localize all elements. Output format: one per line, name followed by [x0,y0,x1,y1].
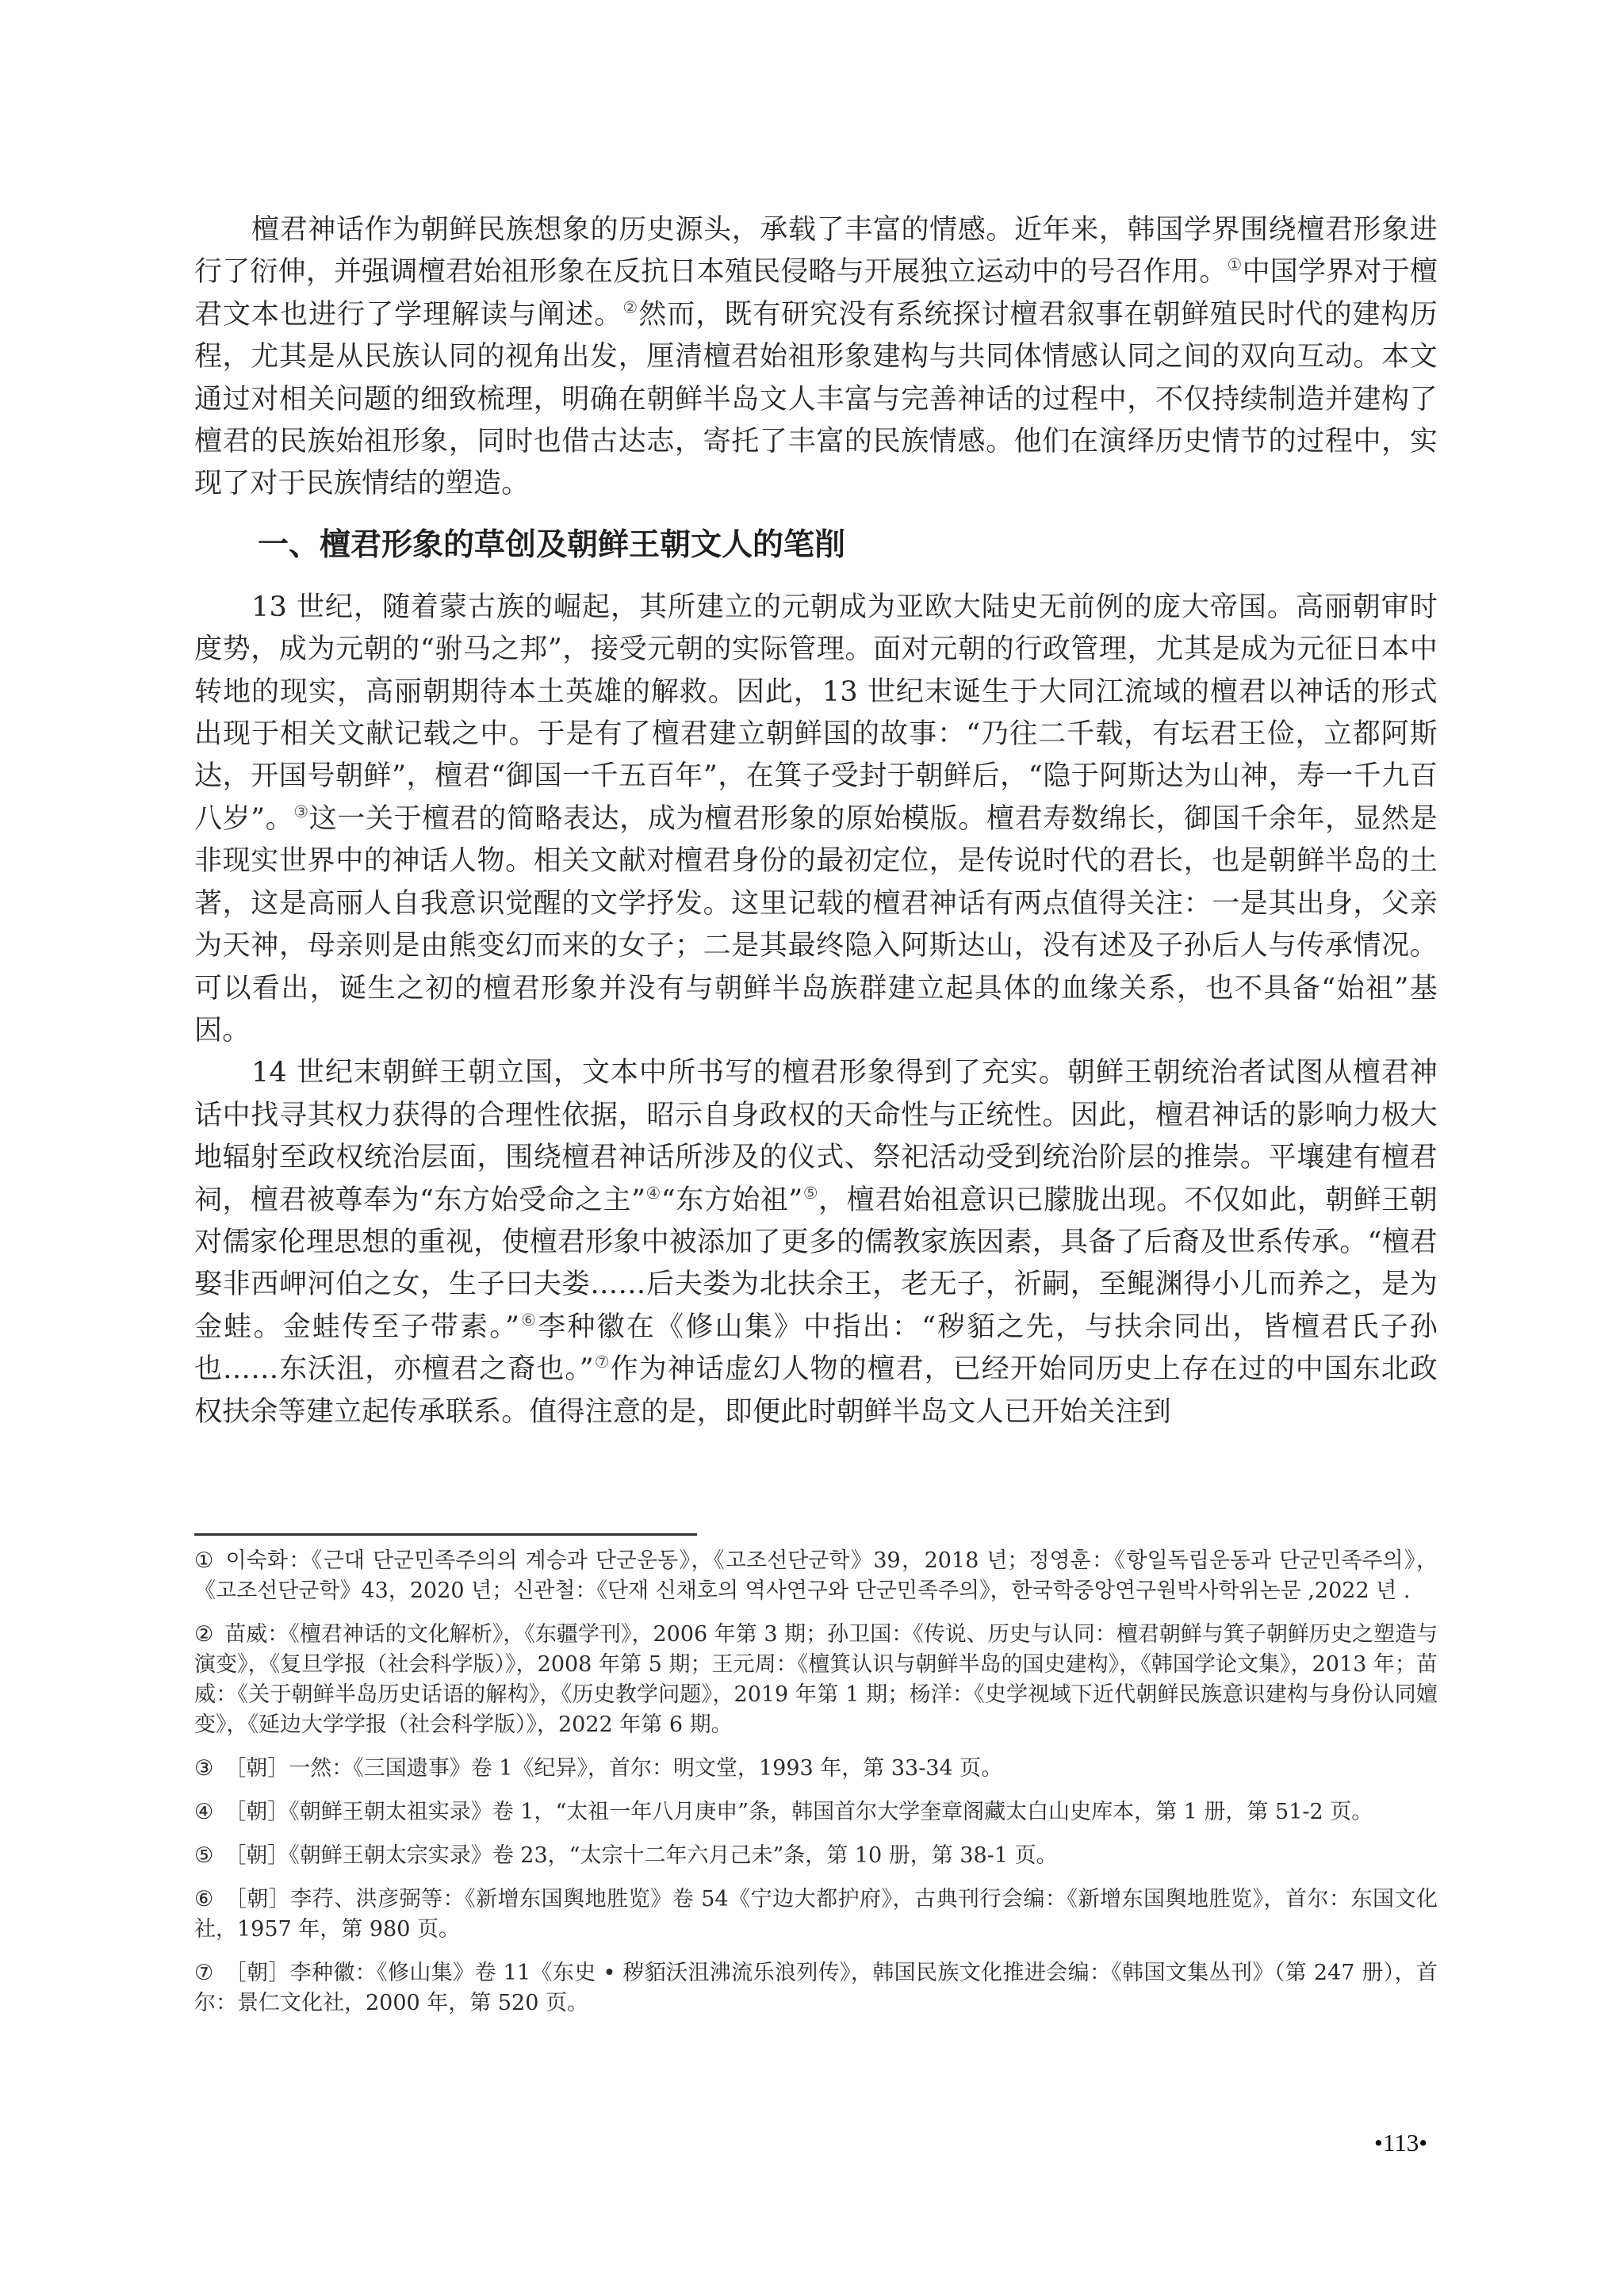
footnote-reference[interactable]: ② [622,298,638,317]
footnote-mark: ④ [194,1800,213,1824]
footnote-text: 苗威：《檀君神话的文化解析》，《东疆学刊》，2006 年第 3 期；孙卫国：《传… [194,1622,1438,1737]
footnote-text: 이숙화：《근대 단군민족주의의 계승과 단군운동》，《고조선단군학》39，201… [194,1548,1438,1603]
footnote-text: ［朝］李荇、洪彦弼等：《新增东国舆地胜览》卷 54《宁边大都护府》，古典刊行会编… [194,1887,1438,1942]
footnote-reference[interactable]: ⑦ [594,1353,611,1372]
footnote-text: ［朝］一然：《三国遗事》卷 1《纪异》，首尔：明文堂，1993 年，第 33-3… [224,1756,1002,1781]
footnote-text: ［朝］李种徽：《修山集》卷 11《东史 • 秽貊沃沮沸流乐浪列传》，韩国民族文化… [194,1961,1438,2015]
footnote-mark: ① [194,1548,215,1573]
section-1-body: 13 世纪，随着蒙古族的崛起，其所建立的元朝成为亚欧大陆史无前例的庞大帝国。高丽… [194,587,1438,1433]
body-paragraph: 14 世纪末朝鲜王朝立国，文本中所书写的檀君形象得到了充实。朝鲜王朝统治者试图从… [194,1052,1438,1433]
page-number: •113• [1374,2129,1427,2157]
footnote-text: ［朝］《朝鲜王朝太祖实录》卷 1，“太祖一年八月庚申”条，韩国首尔大学奎章阁藏太… [224,1800,1373,1824]
footnotes: ①이숙화：《근대 단군민족주의의 계승과 단군운동》，《고조선단군학》39，20… [194,1546,1438,2032]
footnote-mark: ② [194,1622,213,1647]
footnote-text: ［朝］《朝鲜王朝太宗实录》卷 23，“太宗十二年六月己未”条，第 10 册，第 … [224,1843,1057,1868]
footnote-mark: ⑤ [194,1843,213,1868]
body-paragraph: 13 世纪，随着蒙古族的崛起，其所建立的元朝成为亚欧大陆史无前例的庞大帝国。高丽… [194,587,1438,1052]
footnote-reference[interactable]: ⑤ [802,1184,818,1203]
footnote-item: ④［朝］《朝鲜王朝太祖实录》卷 1，“太祖一年八月庚申”条，韩国首尔大学奎章阁藏… [194,1797,1438,1827]
paragraph-text: “东方始祖” [661,1184,803,1216]
footnote-item: ⑥［朝］李荇、洪彦弼等：《新增东国舆地胜览》卷 54《宁边大都护府》，古典刊行会… [194,1885,1438,1945]
footnote-reference[interactable]: ③ [293,802,308,821]
body-paragraph: 檀君神话作为朝鲜民族想象的历史源头，承载了丰富的情感。近年来，韩国学界围绕檀君形… [194,209,1438,506]
footnote-reference[interactable]: ④ [645,1184,661,1203]
footnote-item: ①이숙화：《근대 단군민족주의의 계승과 단군운동》，《고조선단군학》39，20… [194,1546,1438,1606]
footnote-item: ⑦［朝］李种徽：《修山集》卷 11《东史 • 秽貊沃沮沸流乐浪列传》，韩国民族文… [194,1958,1438,2019]
section-heading: 一、檀君形象的草创及朝鲜王朝文人的笔削 [258,523,1438,568]
paragraph-text: 这一关于檀君的简略表达，成为檀君形象的原始模版。檀君寿数绵长，御国千余年，显然是… [194,803,1438,1047]
footnote-item: ③［朝］一然：《三国遗事》卷 1《纪异》，首尔：明文堂，1993 年，第 33-… [194,1754,1438,1784]
footnote-reference[interactable]: ① [1228,255,1243,274]
footnote-mark: ⑦ [194,1961,214,1985]
footnote-item: ⑤［朝］《朝鲜王朝太宗实录》卷 23，“太宗十二年六月己未”条，第 10 册，第… [194,1841,1438,1871]
footnote-mark: ③ [194,1756,213,1781]
footnote-reference[interactable]: ⑥ [519,1311,538,1330]
intro-section: 檀君神话作为朝鲜民族想象的历史源头，承载了丰富的情感。近年来，韩国学界围绕檀君形… [194,209,1438,506]
article-body: 檀君神话作为朝鲜民族想象的历史源头，承载了丰富的情感。近年来，韩国学界围绕檀君形… [194,209,1438,1433]
footnote-separator [194,1533,697,1536]
footnote-item: ②苗威：《檀君神话的文化解析》，《东疆学刊》，2006 年第 3 期；孙卫国：《… [194,1620,1438,1740]
paragraph-text: 13 世纪，随着蒙古族的崛起，其所建立的元朝成为亚欧大陆史无前例的庞大帝国。高丽… [194,591,1438,835]
footnote-mark: ⑥ [194,1887,214,1911]
